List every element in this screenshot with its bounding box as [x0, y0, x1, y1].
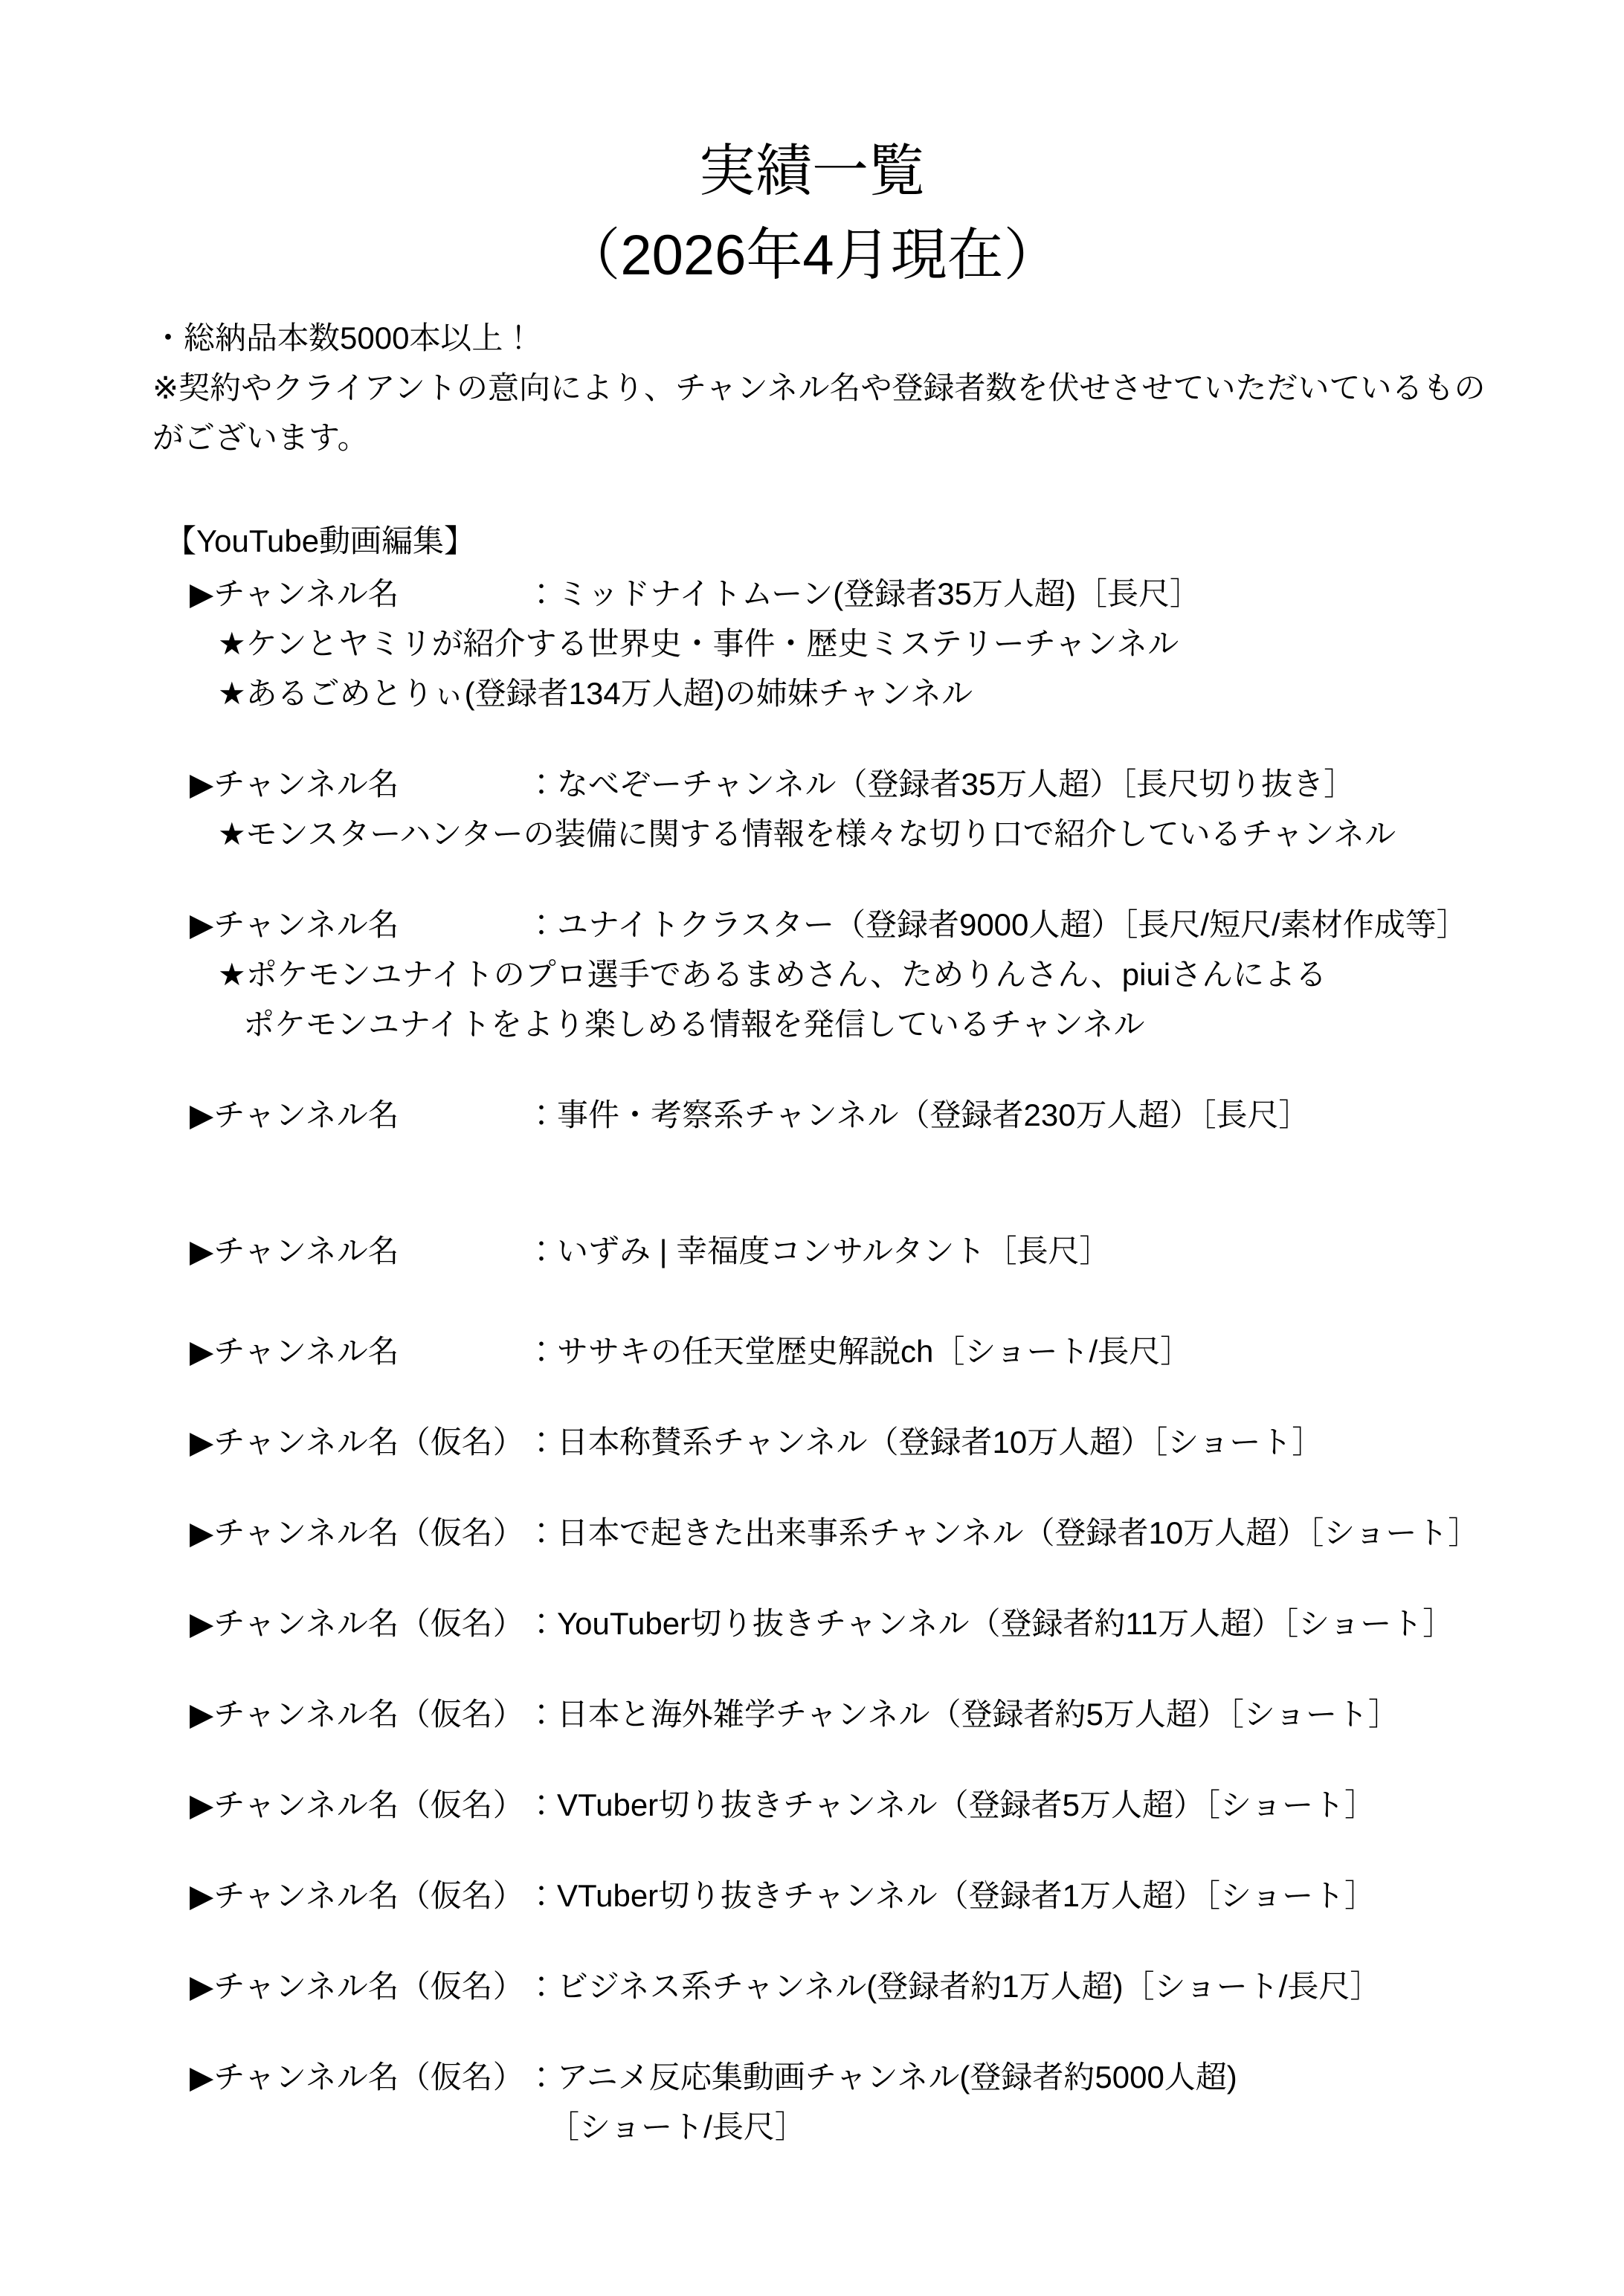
entry-value: ：ビジネス系チャンネル(登録者約1万人超)［ショート/長尺］	[526, 1961, 1381, 2011]
intro-line: がございます。	[152, 413, 1550, 462]
entry-label: チャンネル名	[213, 576, 399, 611]
entry-group: ▶チャンネル名（仮名） ：ビジネス系チャンネル(登録者約1万人超)［ショート/長…	[190, 1961, 1565, 2011]
entry-value: ：アニメ反応集動画チャンネル(登録者約5000人超)	[526, 2052, 1237, 2102]
entry-row: ▶チャンネル名（仮名） ：日本称賛系チャンネル（登録者10万人超）［ショート］	[190, 1417, 1565, 1467]
entry-group: ▶チャンネル名（仮名） ：VTuber切り抜きチャンネル（登録者1万人超）［ショ…	[190, 1871, 1565, 1921]
entry-value: ：事件・考察系チャンネル（登録者230万人超）［長尺］	[526, 1090, 1310, 1140]
entry-row: ▶チャンネル名（仮名） ：日本で起きた出来事系チャンネル（登録者10万人超）［シ…	[190, 1508, 1565, 1558]
triangle-marker-icon: ▶	[190, 767, 213, 802]
entry-label: チャンネル名	[213, 1097, 399, 1132]
entry-label: チャンネル名	[213, 767, 399, 802]
entry-label: チャンネル名	[213, 1234, 399, 1268]
intro-line: ・総納品本数5000本以上！	[152, 313, 1550, 363]
entry-row: ▶チャンネル名 ：いずみ | 幸福度コンサルタント［長尺］	[190, 1226, 1565, 1276]
entry-row: ▶チャンネル名（仮名） ：VTuber切り抜きチャンネル（登録者5万人超）［ショ…	[190, 1780, 1565, 1830]
entry-label: チャンネル名（仮名）	[213, 1878, 523, 1913]
triangle-marker-icon: ▶	[190, 2060, 213, 2095]
entry-group: ▶チャンネル名 ：いずみ | 幸福度コンサルタント［長尺］	[190, 1226, 1565, 1276]
entry-group: ▶チャンネル名（仮名） ：日本称賛系チャンネル（登録者10万人超）［ショート］	[190, 1417, 1565, 1467]
entry-group: ▶チャンネル名 ：ミッドナイトムーン(登録者35万人超)［長尺］ ★ケンとヤミリ…	[190, 569, 1565, 718]
entry-row: ▶チャンネル名 ：なべぞーチャンネル（登録者35万人超）［長尺切り抜き］	[190, 759, 1565, 809]
entry-label: チャンネル名（仮名）	[213, 2060, 523, 2095]
entry-note: ★あるごめとりぃ(登録者134万人超)の姉妹チャンネル	[190, 668, 1565, 718]
section-heading: 【YouTube動画編集】	[165, 516, 1624, 566]
triangle-marker-icon: ▶	[190, 1878, 213, 1913]
document-page: 実績一覧 （2026年4月現在） ・総納品本数5000本以上！ ※契約やクライア…	[0, 0, 1624, 2296]
entry-note: ★ケンとヤミリが紹介する世界史・事件・歴史ミステリーチャンネル	[190, 619, 1565, 668]
triangle-marker-icon: ▶	[190, 576, 213, 611]
entry-row: ▶チャンネル名 ：事件・考察系チャンネル（登録者230万人超）［長尺］	[190, 1090, 1565, 1140]
entry-value: ：なべぞーチャンネル（登録者35万人超）［長尺切り抜き］	[526, 759, 1355, 809]
entry-row: ▶チャンネル名 ：ユナイトクラスター（登録者9000人超）［長尺/短尺/素材作成…	[190, 900, 1565, 949]
entries-list: ▶チャンネル名 ：ミッドナイトムーン(登録者35万人超)［長尺］ ★ケンとヤミリ…	[190, 569, 1565, 2152]
entry-row: ▶チャンネル名（仮名） ：アニメ反応集動画チャンネル(登録者約5000人超)	[190, 2052, 1565, 2102]
entry-row: ▶チャンネル名（仮名） ：VTuber切り抜きチャンネル（登録者1万人超）［ショ…	[190, 1871, 1565, 1921]
entry-note: ★ポケモンユナイトのプロ選手であるまめさん、ためりんさん、piuiさんによる	[190, 949, 1565, 999]
entry-continuation: ［ショート/長尺］	[190, 2102, 1565, 2152]
entry-value: ：日本で起きた出来事系チャンネル（登録者10万人超）［ショート］	[526, 1508, 1479, 1558]
entry-group: ▶チャンネル名（仮名） ：アニメ反応集動画チャンネル(登録者約5000人超) ［…	[190, 2052, 1565, 2152]
entry-label: チャンネル名（仮名）	[213, 1969, 523, 2004]
entry-group: ▶チャンネル名（仮名） ：日本で起きた出来事系チャンネル（登録者10万人超）［シ…	[190, 1508, 1565, 1558]
entry-value: ：VTuber切り抜きチャンネル（登録者1万人超）［ショート］	[526, 1871, 1376, 1921]
entry-value: ：ササキの任天堂歴史解説ch［ショート/長尺］	[526, 1326, 1191, 1376]
entry-label: チャンネル名（仮名）	[213, 1425, 523, 1460]
triangle-marker-icon: ▶	[190, 1234, 213, 1268]
entry-row: ▶チャンネル名（仮名） ：日本と海外雑学チャンネル（登録者約5万人超）［ショート…	[190, 1689, 1565, 1739]
entry-group: ▶チャンネル名 ：ユナイトクラスター（登録者9000人超）［長尺/短尺/素材作成…	[190, 900, 1565, 1049]
entry-group: ▶チャンネル名 ：事件・考察系チャンネル（登録者230万人超）［長尺］	[190, 1090, 1565, 1140]
entry-value: ：ミッドナイトムーン(登録者35万人超)［長尺］	[526, 569, 1201, 619]
entry-group: ▶チャンネル名（仮名） ：日本と海外雑学チャンネル（登録者約5万人超）［ショート…	[190, 1689, 1565, 1739]
entry-label: チャンネル名	[213, 1334, 399, 1369]
entry-group: ▶チャンネル名 ：なべぞーチャンネル（登録者35万人超）［長尺切り抜き］ ★モン…	[190, 759, 1565, 859]
entry-row: ▶チャンネル名（仮名） ：ビジネス系チャンネル(登録者約1万人超)［ショート/長…	[190, 1961, 1565, 2011]
triangle-marker-icon: ▶	[190, 1515, 213, 1550]
triangle-marker-icon: ▶	[190, 1425, 213, 1460]
page-title: 実績一覧	[0, 138, 1624, 205]
entry-row: ▶チャンネル名 ：ササキの任天堂歴史解説ch［ショート/長尺］	[190, 1326, 1565, 1376]
entry-value: ：日本と海外雑学チャンネル（登録者約5万人超）［ショート］	[526, 1689, 1399, 1739]
page-subtitle: （2026年4月現在）	[0, 222, 1624, 289]
entry-group: ▶チャンネル名（仮名） ：VTuber切り抜きチャンネル（登録者5万人超）［ショ…	[190, 1780, 1565, 1830]
entry-note: ★モンスターハンターの装備に関する情報を様々な切り口で紹介しているチャンネル	[190, 809, 1565, 859]
triangle-marker-icon: ▶	[190, 1606, 213, 1641]
entry-value: ：YouTuber切り抜きチャンネル（登録者約11万人超）［ショート］	[526, 1599, 1454, 1648]
triangle-marker-icon: ▶	[190, 1969, 213, 2004]
triangle-marker-icon: ▶	[190, 1697, 213, 1732]
triangle-marker-icon: ▶	[190, 1334, 213, 1369]
entry-label: チャンネル名	[213, 907, 399, 942]
triangle-marker-icon: ▶	[190, 1097, 213, 1132]
intro-block: ・総納品本数5000本以上！ ※契約やクライアントの意向により、チャンネル名や登…	[152, 313, 1550, 462]
entry-row: ▶チャンネル名（仮名） ：YouTuber切り抜きチャンネル（登録者約11万人超…	[190, 1599, 1565, 1648]
entry-group: ▶チャンネル名 ：ササキの任天堂歴史解説ch［ショート/長尺］	[190, 1326, 1565, 1376]
entry-group: ▶チャンネル名（仮名） ：YouTuber切り抜きチャンネル（登録者約11万人超…	[190, 1599, 1565, 1648]
intro-line: ※契約やクライアントの意向により、チャンネル名や登録者数を伏せさせていただいてい…	[152, 363, 1550, 413]
triangle-marker-icon: ▶	[190, 907, 213, 942]
entry-label: チャンネル名（仮名）	[213, 1515, 523, 1550]
entry-value: ：いずみ | 幸福度コンサルタント［長尺］	[526, 1226, 1110, 1276]
entry-row: ▶チャンネル名 ：ミッドナイトムーン(登録者35万人超)［長尺］	[190, 569, 1565, 619]
triangle-marker-icon: ▶	[190, 1787, 213, 1822]
entry-value: ：日本称賛系チャンネル（登録者10万人超）［ショート］	[526, 1417, 1323, 1467]
entry-label: チャンネル名（仮名）	[213, 1787, 523, 1822]
entry-label: チャンネル名（仮名）	[213, 1606, 523, 1641]
entry-value: ：ユナイトクラスター（登録者9000人超）［長尺/短尺/素材作成等］	[526, 900, 1468, 949]
entry-continuation: ポケモンユナイトをより楽しめる情報を発信しているチャンネル	[190, 999, 1565, 1049]
entry-label: チャンネル名（仮名）	[213, 1697, 523, 1732]
entry-value: ：VTuber切り抜きチャンネル（登録者5万人超）［ショート］	[526, 1780, 1376, 1830]
